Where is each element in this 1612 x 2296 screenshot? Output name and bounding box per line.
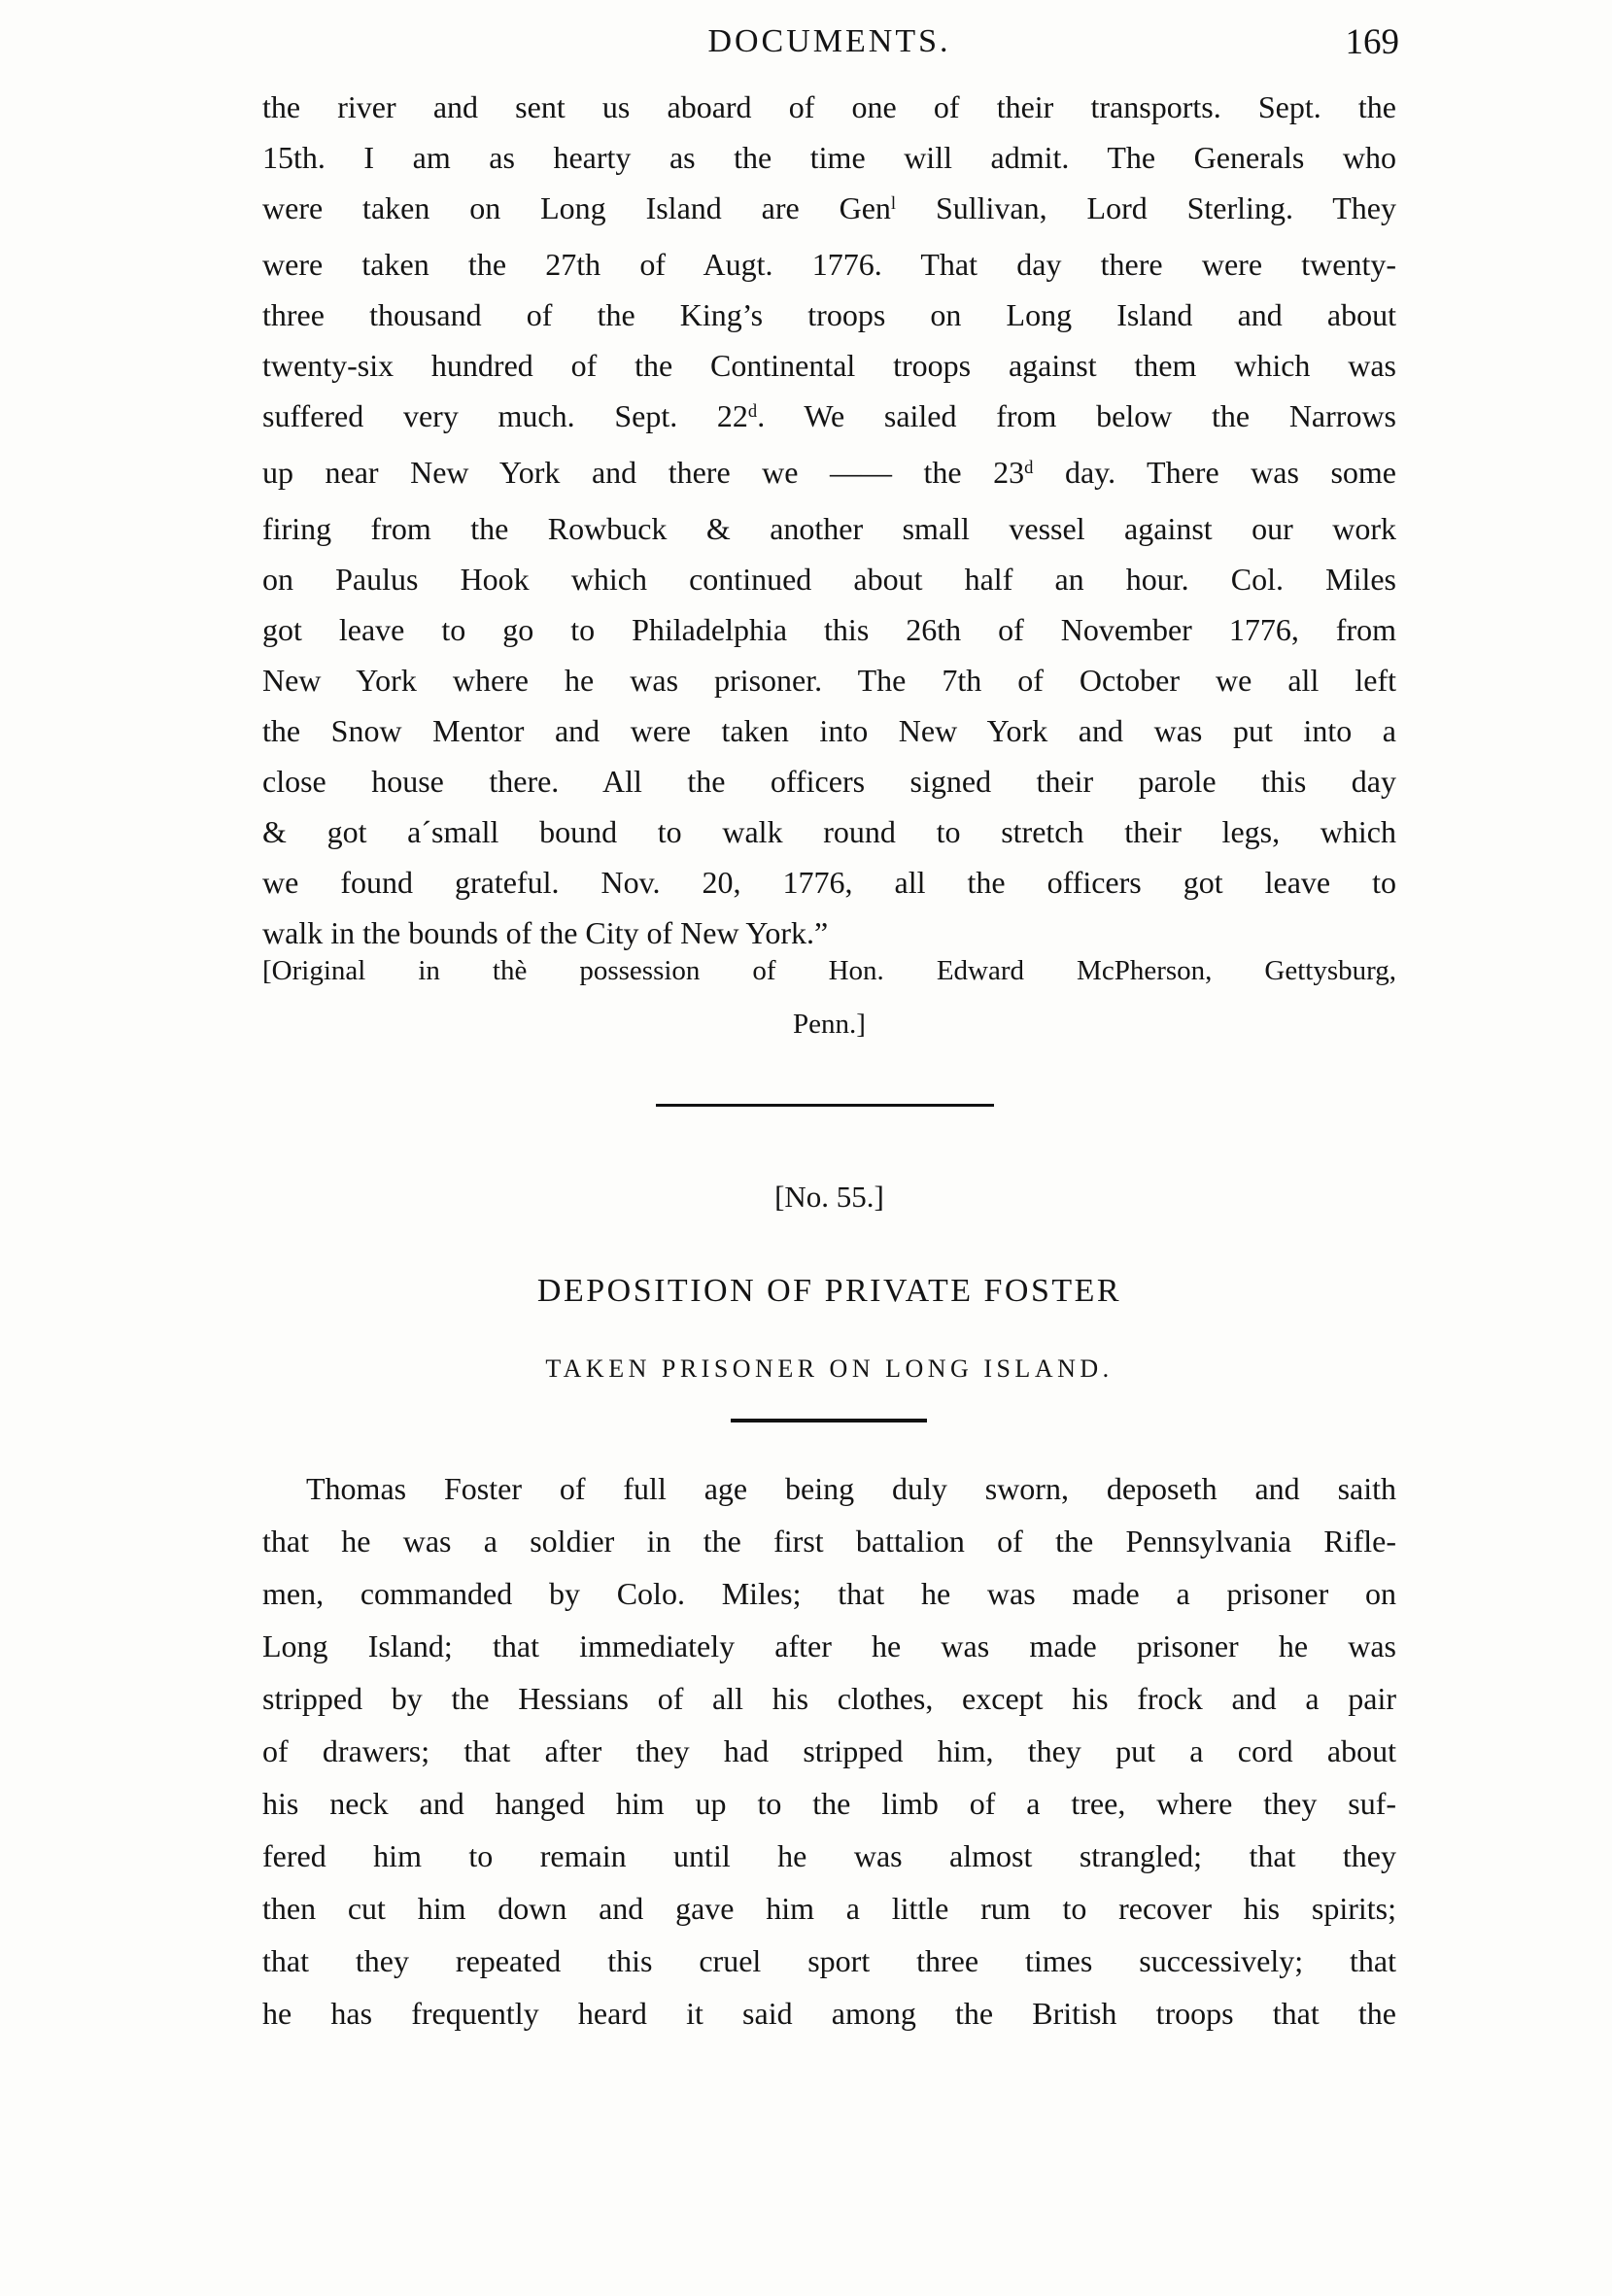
text-segment: suffered very much. Sept. 22 (262, 398, 748, 433)
text-line: on Paulus Hook which continued about hal… (262, 554, 1396, 604)
transcript-paragraph: the river and sent us aboard of one of t… (262, 82, 1396, 958)
text-segment: close house there. All the officers sign… (262, 764, 1396, 799)
text-segment: that he was a soldier in the first batta… (262, 1524, 1396, 1559)
text-line: twenty-six hundred of the Continental tr… (262, 340, 1396, 391)
text-line: up near New York and there we —— the 23d… (262, 447, 1396, 503)
text-line: he has frequently heard it said among th… (262, 1987, 1396, 2039)
superscript: d (1024, 458, 1033, 478)
text-segment: firing from the Rowbuck & another small … (262, 511, 1396, 546)
text-segment: 15th. I am as hearty as the time will ad… (262, 140, 1396, 175)
section-subtitle: TAKEN PRISONER ON LONG ISLAND. (262, 1354, 1396, 1384)
text-line: his neck and hanged him up to the limb o… (262, 1777, 1396, 1830)
text-segment: Thomas Foster of full age being duly swo… (306, 1471, 1396, 1506)
text-segment: New York where he was prisoner. The 7th … (262, 663, 1396, 698)
section-title: DEPOSITION OF PRIVATE FOSTER (262, 1273, 1396, 1310)
text-line: that they repeated this cruel sport thre… (262, 1935, 1396, 1987)
text-line: three thousand of the King’s troops on L… (262, 290, 1396, 340)
text-line: firing from the Rowbuck & another small … (262, 503, 1396, 554)
text-line: were taken the 27th of Augt. 1776. That … (262, 239, 1396, 290)
text-line: suffered very much. Sept. 22d. We sailed… (262, 391, 1396, 447)
source-citation: [Original in thè possession of Hon. Edwa… (262, 944, 1396, 1051)
text-segment: . We sailed from below the Narrows (757, 398, 1396, 433)
text-segment: three thousand of the King’s troops on L… (262, 297, 1396, 332)
text-segment: were taken the 27th of Augt. 1776. That … (262, 247, 1396, 282)
scanned-book-page: DOCUMENTS. 169 the river and sent us abo… (0, 0, 1612, 2296)
text-segment: his neck and hanged him up to the limb o… (262, 1786, 1396, 1821)
text-line: New York where he was prisoner. The 7th … (262, 655, 1396, 705)
section-number: [No. 55.] (262, 1180, 1396, 1215)
text-segment: Sullivan, Lord Sterling. They (896, 190, 1396, 225)
text-line: men, commanded by Colo. Miles; that he w… (262, 1567, 1396, 1620)
superscript: l (891, 193, 896, 214)
text-segment: the Snow Mentor and were taken into New … (262, 713, 1396, 748)
text-segment: we found grateful. Nov. 20, 1776, all th… (262, 865, 1396, 900)
text-line: were taken on Long Island are Genl Sulli… (262, 183, 1396, 239)
text-line: then cut him down and gave him a little … (262, 1882, 1396, 1935)
citation-line: Penn.] (262, 998, 1396, 1051)
text-segment: & got a´small bound to walk round to str… (262, 814, 1396, 849)
superscript: d (748, 401, 757, 422)
text-line: & got a´small bound to walk round to str… (262, 806, 1396, 857)
text-line: Thomas Foster of full age being duly swo… (262, 1462, 1396, 1515)
text-segment: up near New York and there we —— the 23 (262, 455, 1024, 490)
section-divider-rule (656, 1104, 994, 1107)
text-segment: then cut him down and gave him a little … (262, 1891, 1396, 1926)
text-line: 15th. I am as hearty as the time will ad… (262, 132, 1396, 183)
subtitle-divider-rule (731, 1419, 927, 1422)
text-segment: twenty-six hundred of the Continental tr… (262, 348, 1396, 383)
page-header-title: DOCUMENTS. (262, 23, 1396, 60)
text-line: Long Island; that immediately after he w… (262, 1620, 1396, 1672)
text-line: that he was a soldier in the first batta… (262, 1515, 1396, 1567)
text-line: we found grateful. Nov. 20, 1776, all th… (262, 857, 1396, 908)
text-line: the river and sent us aboard of one of t… (262, 82, 1396, 132)
text-line: fered him to remain until he was almost … (262, 1830, 1396, 1882)
text-segment: he has frequently heard it said among th… (262, 1996, 1396, 2031)
text-segment: that they repeated this cruel sport thre… (262, 1943, 1396, 1978)
text-segment: day. There was some (1033, 455, 1396, 490)
text-segment: were taken on Long Island are Gen (262, 190, 891, 225)
text-line: of drawers; that after they had stripped… (262, 1725, 1396, 1777)
text-segment: the river and sent us aboard of one of t… (262, 89, 1396, 124)
text-segment: on Paulus Hook which continued about hal… (262, 562, 1396, 597)
deposition-paragraph: Thomas Foster of full age being duly swo… (262, 1462, 1396, 2039)
text-line: the Snow Mentor and were taken into New … (262, 705, 1396, 756)
text-segment: got leave to go to Philadelphia this 26t… (262, 612, 1396, 647)
text-line: close house there. All the officers sign… (262, 756, 1396, 806)
text-line: stripped by the Hessians of all his clot… (262, 1672, 1396, 1725)
page-number: 169 (1292, 21, 1399, 63)
text-line: got leave to go to Philadelphia this 26t… (262, 604, 1396, 655)
text-segment: men, commanded by Colo. Miles; that he w… (262, 1576, 1396, 1611)
text-segment: fered him to remain until he was almost … (262, 1838, 1396, 1873)
text-segment: Long Island; that immediately after he w… (262, 1628, 1396, 1663)
citation-line: [Original in thè possession of Hon. Edwa… (262, 944, 1396, 998)
text-segment: of drawers; that after they had stripped… (262, 1733, 1396, 1768)
text-segment: stripped by the Hessians of all his clot… (262, 1681, 1396, 1716)
